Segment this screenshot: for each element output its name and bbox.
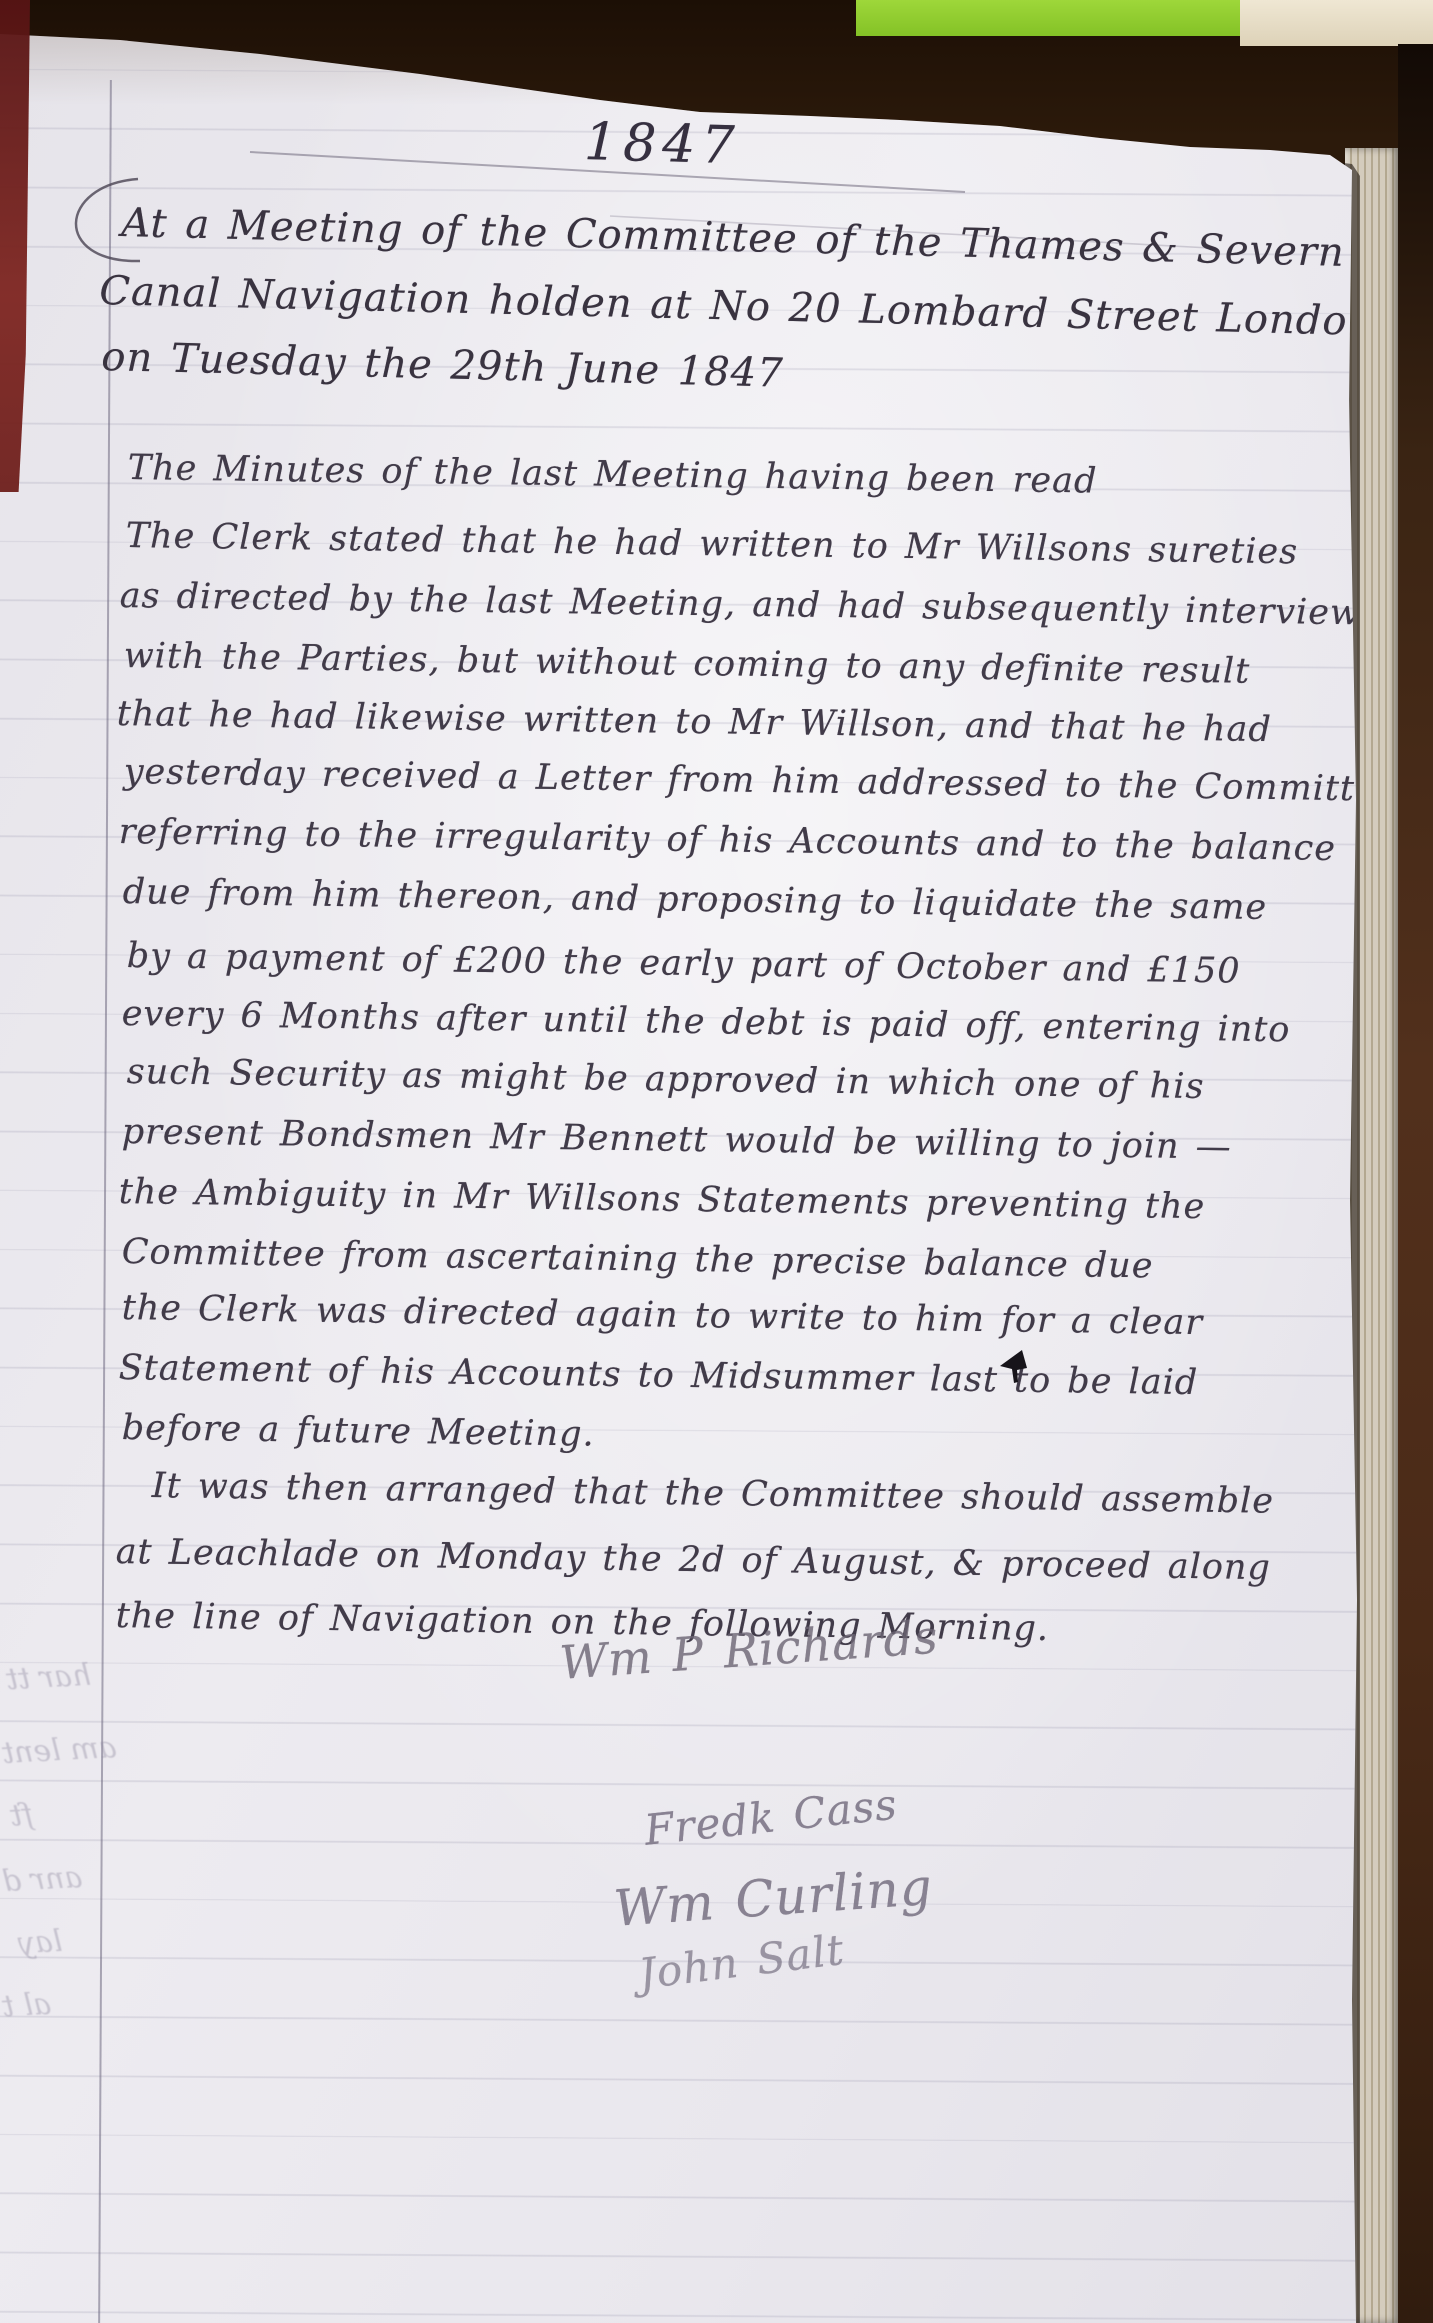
bleedthrough-text: ft [9,1797,34,1833]
green-paper-edge [856,0,1248,36]
bleedthrough-text: har tt [5,1658,92,1697]
book-spine-edge [1398,44,1433,2323]
bleedthrough-text: lay [17,1924,63,1961]
year-heading: 1847 [583,112,741,176]
bleedthrough-text: anr d [1,1860,83,1899]
bleedthrough-text: al t [1,1987,52,2025]
cream-paper-edge [1240,0,1433,46]
minutes-line: before a future Meeting. [121,1408,594,1455]
ink-blot-arrow [998,1350,1028,1384]
photograph: 1847 At a Meeting of the Committee of th… [0,0,1433,2323]
bleedthrough-text: am lent [1,1730,117,1771]
manuscript-page: 1847 At a Meeting of the Committee of th… [0,0,1433,2323]
